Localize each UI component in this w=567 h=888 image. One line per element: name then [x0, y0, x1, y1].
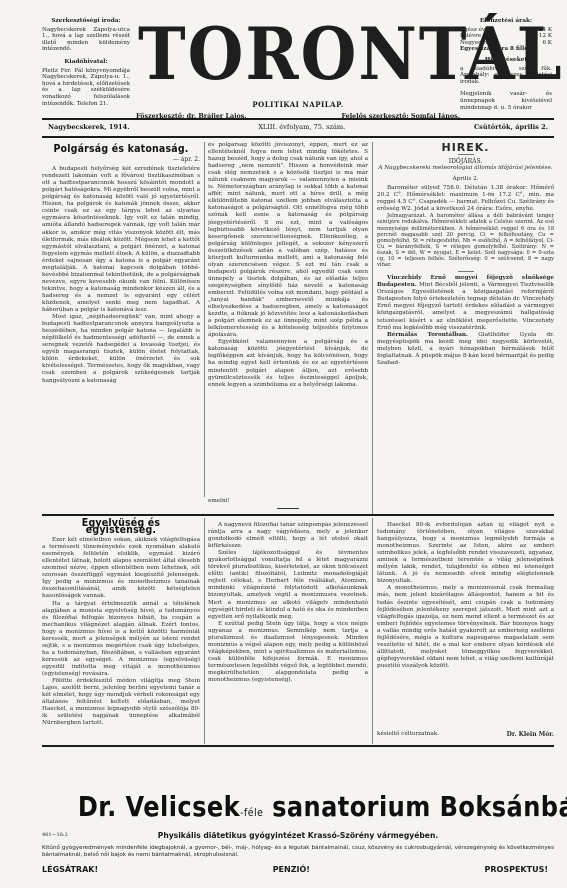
weather-date: Április 2. — [377, 176, 554, 183]
price-value: 6 K — [542, 40, 552, 47]
publisher-heading: Kiadóhivatal: — [42, 59, 130, 66]
article1-paragraph: és polgárság közötti jóviszonyt, éppen, … — [208, 142, 368, 339]
article2-column2: A nagynevű filozófiai tanár szinpompás j… — [208, 522, 368, 742]
weather-source: A Nagybecskereki meteorologiai állomás i… — [377, 165, 554, 172]
ad-body-text: Kitűnő gyógyeredmények mindenféle idegba… — [42, 845, 554, 859]
news-item-last-line: késleltő céltorzatnak. — [377, 731, 439, 738]
subscription-heading: Előfizetési árak: — [460, 18, 552, 25]
article2-paragraph: Fölötte érdekfeszítő módon világítja meg… — [42, 678, 200, 727]
ad-footer-pension: PENZIÓ! — [273, 865, 310, 874]
editorial-office-text: Nagybecskerek Zápolya-utca 1., hová a la… — [42, 27, 130, 53]
column-divider — [372, 518, 373, 744]
editorial-office-box: Szerkesztőségi iroda: Nagybecskerek Zápo… — [42, 18, 130, 113]
ad-subtitle: Physikális diätetikus gyógyintézet Krass… — [158, 831, 438, 840]
article2-paragraph: Ha a tárgyat értelmezzük annál a tételén… — [42, 601, 200, 679]
ad-code: 461—16:2 — [42, 832, 68, 838]
weather-legend: Jelmagyarázat. A barométer állása a déli… — [377, 213, 554, 268]
article2-paragraph: Ezer két elméletben sokan, akiknek világ… — [42, 537, 200, 600]
price-value: 24 K — [539, 27, 552, 34]
publisher-text: Pleitz Fer. Pál könyvnyomdája Nagybecske… — [42, 68, 130, 108]
news-item-text: Mint Bécsből jelenti, a Vármegyei Tisztv… — [377, 282, 554, 330]
news-item-text: A monotheizmus, mely a monizmusnál csak … — [377, 585, 554, 670]
news-column: HIREK. IDŐJÁRÁS. A Nagybecskereki meteor… — [377, 142, 554, 514]
single-copy-price: Egyes szám ára 8 fillér. — [460, 46, 552, 53]
article1-paragraph: Most igaz, „népihadseregünk" van, mint a… — [42, 314, 200, 384]
ads-text: a kiadóhivatal szer fűk. Árszabály: az ö… — [460, 66, 552, 86]
article2-paragraph: Széles tájékozottsággal és tévmentes gya… — [208, 550, 368, 620]
article-end-dash — [277, 508, 299, 509]
ad-footer-prospectus: PROSPEKTUS! — [485, 865, 548, 874]
ads-heading: Hirdetéseket — [460, 57, 552, 64]
column-divider — [204, 142, 205, 497]
masthead: Szerkesztőségi iroda: Nagybecskerek Zápo… — [42, 10, 554, 122]
dateline-rule — [42, 136, 554, 138]
subscription-box: Előfizetési árak: Egész évre24 K Félévre… — [460, 18, 552, 117]
ad-headline: Dr. Velicsek-féle sanatorium Boksánbánya… — [78, 792, 518, 828]
divider-dash — [458, 271, 474, 272]
article1-paragraph: A budapesti helyőrség két ezredének tisz… — [42, 166, 200, 314]
news-item-title: Bérmálás Torontálban. — [387, 332, 468, 338]
masthead-rule — [42, 118, 554, 120]
weather-report: Barométer sülyed 758.0. Délután 1.38 óra… — [377, 185, 554, 213]
sanatorium-advertisement: Dr. Velicsek-féle sanatorium Boksánbánya… — [42, 792, 554, 874]
publication-schedule: Megjelenik vasár- és ünnepnapok kivételé… — [460, 91, 552, 111]
ad-headline-part2: sanatorium Boksánbánya. — [272, 790, 567, 823]
column-divider — [204, 518, 205, 744]
issue-day: Csütörtök, április 2. — [474, 123, 548, 135]
ad-headline-fele: -féle — [240, 806, 263, 819]
article1-column1: Polgárság és katonaság. — ápr. 2. A buda… — [42, 142, 200, 494]
article1-title: Polgárság és katonaság. — [50, 146, 192, 153]
price-row: Félévre12 K — [460, 33, 552, 40]
article2-paragraph: A nagynevű filozófiai tanár szinpompás j… — [208, 522, 368, 550]
article1-dateref: — ápr. 2. — [42, 156, 200, 163]
news-signature-line: késleltő céltorzatnak. Dr. Klein Mór. — [377, 731, 554, 738]
article1-paragraph: Egyébként valamennyien a polgárság és a … — [208, 339, 368, 388]
article2-title: Egyelvüség és egyistenség. — [50, 520, 192, 534]
ad-footer: LÉGSÁTRAK! PENZIÓ! PROSPEKTUS! — [42, 865, 554, 874]
ad-footer-tents: LÉGSÁTRAK! — [42, 865, 98, 874]
article2-paragraph: E ezúttal pedig Stein úgy látja, hogy a … — [208, 621, 368, 684]
editorial-office-heading: Szerkesztőségi iroda: — [42, 18, 130, 25]
place-year: Nagybecskerek, 1914. — [48, 123, 130, 135]
newspaper-page: Szerkesztőségi iroda: Nagybecskerek Zápo… — [0, 0, 567, 888]
news-section-title: HIREK. — [377, 144, 554, 151]
article1-column2: és polgárság közötti jóviszonyt, éppen, … — [208, 142, 368, 494]
newspaper-subtitle: POLITIKAI NAPILAP. — [138, 100, 458, 109]
price-value: 12 K — [539, 33, 552, 40]
article1-end: emelni! — [208, 498, 368, 512]
article1-last-line: emelni! — [208, 498, 368, 505]
ad-headline-part1: Dr. Velicsek — [78, 790, 240, 823]
price-label: Félévre — [460, 33, 481, 40]
ad-top-rule — [42, 745, 554, 747]
section-rule-right — [372, 514, 554, 516]
volume-number: XLIII. évfolyam, 75. szám. — [258, 123, 345, 135]
divider-dash — [458, 154, 474, 155]
author-signature: Dr. Klein Mór. — [507, 731, 554, 738]
ad-subtitle-line: 461—16:2 Physikális diätetikus gyógyinté… — [42, 831, 554, 840]
dateline: Nagybecskerek, 1914. XLIII. évfolyam, 75… — [48, 123, 548, 135]
article2-column1: Egyelvüség és egyistenség. Ezer két elmé… — [42, 516, 200, 742]
news-item-text: Haeckel 80-ik évfordulóján aztán új vilá… — [377, 522, 554, 585]
column-divider — [372, 142, 373, 514]
newspaper-title: TORONTÁL — [138, 12, 458, 99]
news-column-lower: Haeckel 80-ik évfordulóján aztán új vilá… — [377, 522, 554, 730]
